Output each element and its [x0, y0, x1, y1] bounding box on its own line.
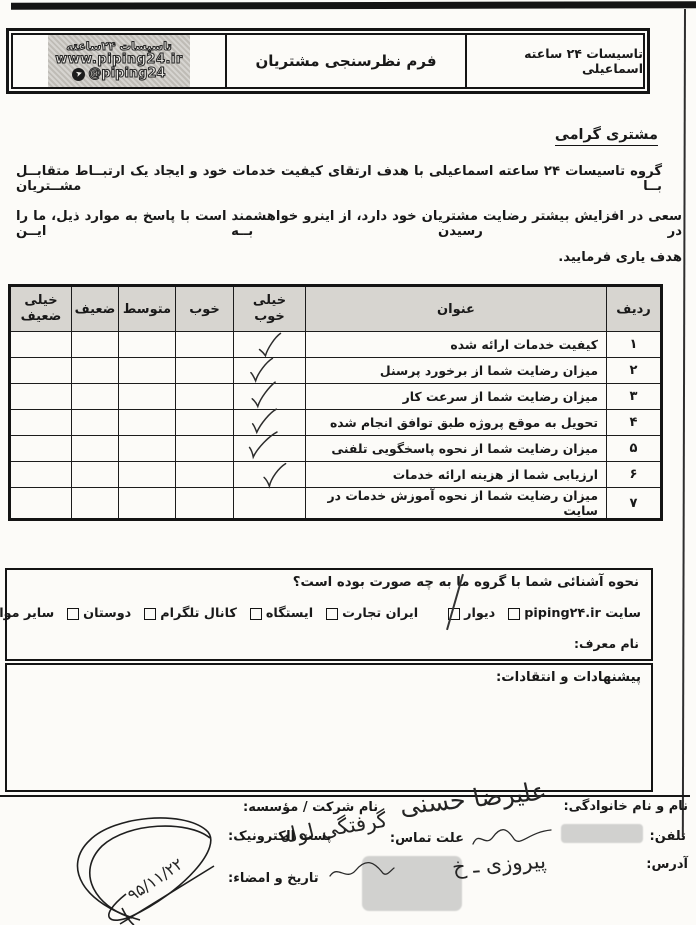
row-title: میزان رضایت شما از سرعت کار [306, 384, 607, 410]
answer-cell-medium [119, 410, 176, 436]
table-row: ۶ ارزیابی شما از هزینه ارائه خدمات [10, 462, 662, 488]
answer-cell-very-good [234, 436, 306, 462]
logo-telegram-handle: ➤ @piping24 [72, 67, 165, 82]
checkbox-unchecked [67, 608, 79, 620]
referral-option-telegram-channel: کانال تلگرام [144, 606, 237, 621]
intro-paragraph-line-3: هدف یاری فرمایید. [16, 250, 682, 265]
answer-cell-medium [119, 358, 176, 384]
table-row: ۱ کیفیت خدمات ارائه شده [10, 332, 662, 358]
referral-question: نحوه آشنائی شما با گروه ما به چه صورت بو… [293, 575, 639, 590]
answer-cell-very-weak [10, 488, 72, 520]
checkbox-unchecked [508, 608, 520, 620]
signature: ۹۵/۱۱/۲۲ [62, 808, 274, 925]
survey-header-row: ردیف عنوان خیلی خوب خوب متوسط ضعیف خیلی … [10, 286, 662, 332]
answer-cell-weak [72, 332, 119, 358]
answer-cell-very-weak [10, 462, 72, 488]
answer-cell-good [176, 410, 234, 436]
row-title: کیفیت خدمات ارائه شده [306, 332, 607, 358]
greeting-title: مشتری گرامی [555, 127, 658, 146]
row-title: تحویل به موقع پروژه طبق توافق انجام شده [306, 410, 607, 436]
checkbox-unchecked [144, 608, 156, 620]
referral-option-label: دوستان [83, 606, 131, 621]
answer-cell-weak [72, 462, 119, 488]
handwritten-checkmark [259, 461, 290, 488]
col-header-weak: ضعیف [72, 286, 119, 332]
scan-page-edge-line [682, 9, 686, 837]
col-header-very-weak: خیلی ضعیف [10, 286, 72, 332]
referral-option-other: سایر موارد ...... [0, 606, 54, 621]
table-row: ۵ میزان رضایت شما از نحوه پاسخگویی تلفنی [10, 436, 662, 462]
answer-cell-weak [72, 436, 119, 462]
answer-cell-good [176, 488, 234, 520]
intro-paragraph-line-1: گروه تاسیسات ۲۴ ساعته اسماعیلی با هدف ار… [16, 164, 682, 194]
row-number: ۳ [607, 384, 662, 410]
row-title: میزان رضایت شما از نحوه پاسخگویی تلفنی [306, 436, 607, 462]
col-header-title: عنوان [306, 286, 607, 332]
referral-option-label: دیوار [464, 606, 495, 621]
row-number: ۵ [607, 436, 662, 462]
col-header-row-number: ردیف [607, 286, 662, 332]
scanned-survey-form: تاسیسات ۲۴ ساعته اسماعیلی فرم نظرسنجی مش… [0, 0, 696, 925]
contact-reason-label: علت تماس: [390, 831, 464, 846]
row-number: ۶ [607, 462, 662, 488]
logo-cell: تاسیسات ۲۴ساعته www.piping24.ir ➤ @pipin… [13, 35, 225, 87]
scan-top-edge-bar [11, 1, 696, 9]
answer-cell-medium [119, 488, 176, 520]
referral-option-label: سایر موارد [0, 606, 54, 621]
row-number: ۱ [607, 332, 662, 358]
referral-option-label: سایت piping۲۴.ir [524, 606, 641, 621]
table-row: ۲ میزان رضایت شما از برخورد پرسنل [10, 358, 662, 384]
table-row: ۳ میزان رضایت شما از سرعت کار [10, 384, 662, 410]
referrer-name-label: نام معرف: [574, 636, 639, 651]
answer-cell-weak [72, 410, 119, 436]
referral-option-istgah: ایستگاه [250, 606, 313, 621]
col-header-good: خوب [176, 286, 234, 332]
phone-handwriting-scribble [469, 822, 555, 852]
answer-cell-very-weak [10, 436, 72, 462]
logo-text-fa: تاسیسات ۲۴ساعته [66, 40, 171, 53]
answer-cell-weak [72, 358, 119, 384]
address-handwriting-scribble [326, 858, 396, 884]
referral-option-iran-tejarat: ایران تجارت [326, 606, 418, 621]
answer-cell-very-weak [10, 358, 72, 384]
col-header-very-good: خیلی خوب [234, 286, 306, 332]
company-name: تاسیسات ۲۴ ساعته اسماعیلی [465, 35, 643, 87]
referral-option-label: کانال تلگرام [160, 606, 237, 621]
answer-cell-very-good [234, 488, 306, 520]
address-label: آدرس: [646, 857, 688, 872]
address-handwriting: پیروزی ـ خ [450, 849, 548, 879]
answer-cell-very-weak [10, 332, 72, 358]
answer-cell-very-weak [10, 384, 72, 410]
answer-cell-good [176, 462, 234, 488]
row-number: ۷ [607, 488, 662, 520]
row-title: ارزیابی شما از هزینه ارائه خدمات [306, 462, 607, 488]
intro-paragraph-line-2: سعی در افزایش بیشتر رضایت مشتریان خود دا… [16, 209, 682, 239]
row-number: ۲ [607, 358, 662, 384]
suggestions-label: پیشنهادات و انتقادات: [496, 670, 641, 685]
table-row: ۷ میزان رضایت شما از نحوه آموزش خدمات در… [10, 488, 662, 520]
answer-cell-weak [72, 384, 119, 410]
checkbox-unchecked [250, 608, 262, 620]
referral-option-label: ایستگاه [266, 606, 313, 621]
phone-redaction-box [561, 824, 643, 843]
form-title: فرم نظرسنجی مشتریان [225, 35, 465, 87]
row-title: میزان رضایت شما از نحوه آموزش خدمات در س… [306, 488, 607, 520]
form-header: تاسیسات ۲۴ ساعته اسماعیلی فرم نظرسنجی مش… [6, 28, 650, 94]
referral-option-piping24: سایت piping۲۴.ir [508, 606, 641, 621]
answer-cell-very-weak [10, 410, 72, 436]
logo-handle-text: @piping24 [88, 67, 165, 82]
answer-cell-very-good [234, 332, 306, 358]
handwritten-checkmark [241, 426, 279, 462]
row-title: میزان رضایت شما از برخورد پرسنل [306, 358, 607, 384]
checkbox-unchecked [326, 608, 338, 620]
form-header-inner: تاسیسات ۲۴ ساعته اسماعیلی فرم نظرسنجی مش… [11, 33, 645, 89]
answer-cell-good [176, 436, 234, 462]
col-header-medium: متوسط [119, 286, 176, 332]
answer-cell-good [176, 384, 234, 410]
full-name-label: نام و نام خانوادگی: [563, 799, 688, 814]
answer-cell-weak [72, 488, 119, 520]
phone-label: تلفن: [650, 829, 686, 844]
checkbox-checked [448, 608, 460, 620]
survey-table: ردیف عنوان خیلی خوب خوب متوسط ضعیف خیلی … [8, 284, 663, 521]
referral-options-row: سایت piping۲۴.ir دیوار ایران تجارت ایستگ… [15, 606, 641, 621]
answer-cell-medium [119, 384, 176, 410]
referral-option-divar: دیوار [448, 606, 495, 621]
referral-option-friends: دوستان [67, 606, 131, 621]
suggestions-section: پیشنهادات و انتقادات: [5, 663, 653, 792]
answer-cell-very-good [234, 462, 306, 488]
answer-cell-medium [119, 436, 176, 462]
col-header-very-weak-text: خیلی ضعیف [20, 293, 62, 324]
answer-cell-medium [119, 332, 176, 358]
answer-cell-good [176, 358, 234, 384]
table-row: ۴ تحویل به موقع پروژه طبق توافق انجام شد… [10, 410, 662, 436]
answer-cell-good [176, 332, 234, 358]
referral-section: نحوه آشنائی شما با گروه ما به چه صورت بو… [5, 568, 653, 661]
referral-option-label: ایران تجارت [342, 606, 418, 621]
footer-divider-line [0, 795, 690, 797]
company-logo: تاسیسات ۲۴ساعته www.piping24.ir ➤ @pipin… [48, 35, 190, 87]
col-header-very-good-text: خیلی خوب [249, 293, 291, 324]
answer-cell-medium [119, 462, 176, 488]
row-number: ۴ [607, 410, 662, 436]
telegram-icon: ➤ [72, 68, 85, 81]
survey-table-wrap: ردیف عنوان خیلی خوب خوب متوسط ضعیف خیلی … [8, 284, 663, 521]
